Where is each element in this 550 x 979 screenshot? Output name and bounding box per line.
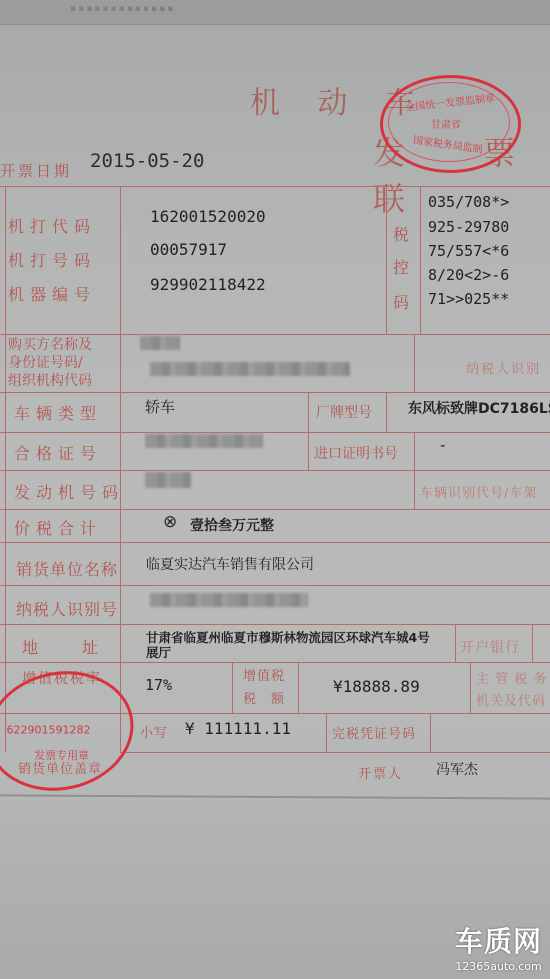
machine-code-label: 机打代码 xyxy=(8,214,96,237)
buyer-label-line-3: 组织机构代码 xyxy=(8,370,92,390)
engine-label: 发动机号码 xyxy=(14,480,124,503)
authority-label-2: 机关及代码 xyxy=(476,690,546,709)
tax-rate: 17% xyxy=(145,676,172,694)
seller-taxpayer-id-redacted xyxy=(150,593,308,607)
authority-label-1: 主 管 税 务 xyxy=(476,668,547,687)
machine-serial: 929902118422 xyxy=(150,275,266,294)
vehicle-type: 轿车 xyxy=(145,396,175,417)
previous-page-strip: ▪▪▪▪▪▪▪▪▪▪▪▪▪ xyxy=(0,0,550,25)
stamp-text: 甘肃省 xyxy=(431,116,461,131)
seller-address-line-1: 甘肃省临夏州临夏市穆斯林物流园区环球汽车城4号 xyxy=(146,628,430,646)
tax-control-label-2: 控 xyxy=(393,255,409,278)
vehicle-type-label: 车辆类型 xyxy=(14,401,102,424)
amount-small-label: 小写 xyxy=(140,722,168,741)
tax-control-line-5: 71>>025** xyxy=(428,290,509,308)
certificate-label: 合格证号 xyxy=(14,441,102,464)
tax-control-line-2: 925-29780 xyxy=(428,218,509,236)
stamp-text: 发票专用章 xyxy=(34,747,89,763)
bank-label: 开户银行 xyxy=(460,637,520,657)
certificate-redacted xyxy=(145,434,263,448)
seller-address-line-2: 展厅 xyxy=(146,643,171,661)
tax-amount-label-1: 增值税 xyxy=(243,665,285,684)
tax-control-label-1: 税 xyxy=(393,222,409,245)
vin-label: 车辆识别代号/车架 xyxy=(420,482,537,501)
brand-model-label: 厂牌型号 xyxy=(316,402,372,422)
tax-amount: ¥18888.89 xyxy=(333,677,420,696)
total-amount: ¥ 111111.11 xyxy=(185,719,291,738)
supervision-stamp: 全国统一发票监制章 甘肃省 国家税务局监制 xyxy=(380,75,521,173)
seller-name-label: 销货单位名称 xyxy=(16,557,118,580)
machine-number-label: 机打号码 xyxy=(8,248,96,271)
tax-control-line-3: 75/557<*6 xyxy=(428,242,509,260)
machine-number: 00057917 xyxy=(150,240,227,259)
stamp-number: 622901591282 xyxy=(7,723,91,736)
import-cert-label: 进口证明书号 xyxy=(314,443,398,463)
issue-date: 2015-05-20 xyxy=(90,150,204,172)
seller-taxpayer-id-label: 纳税人识别号 xyxy=(16,597,118,620)
issuer-name: 冯军杰 xyxy=(436,759,478,779)
buyer-taxpayer-id-label: 纳税人识别 xyxy=(466,358,541,377)
buyer-id-redacted xyxy=(150,362,350,376)
machine-serial-label: 机器编号 xyxy=(8,282,96,305)
seller-name: 临夏实达汽车销售有限公司 xyxy=(146,554,314,574)
machine-code: 162001520020 xyxy=(150,207,266,226)
address-label: 地 址 xyxy=(22,635,102,658)
tax-amount-label-2: 税 额 xyxy=(243,688,285,707)
buyer-name-redacted xyxy=(140,336,180,350)
buyer-label-line-2: 身份证号码/ xyxy=(8,352,83,372)
buyer-label-line-1: 购买方名称及 xyxy=(8,334,92,354)
watermark-url: 12365auto.com xyxy=(455,960,542,973)
total-label: 价税合计 xyxy=(14,516,102,539)
watermark: 车质网 12365auto.com xyxy=(455,920,542,973)
circled-x-icon: ⊗ xyxy=(163,512,177,532)
watermark-logo: 车质网 xyxy=(455,920,542,960)
tax-control-label-3: 码 xyxy=(393,290,409,313)
brand-model: 东风标致牌DC7186LS xyxy=(408,398,550,418)
tax-paid-cert-label: 完税凭证号码 xyxy=(332,723,416,742)
import-cert: - xyxy=(440,436,445,454)
issue-date-label: 开票日期 xyxy=(0,160,72,181)
tax-control-line-1: 035/708*> xyxy=(428,193,509,211)
tax-control-line-4: 8/20<2>-6 xyxy=(428,266,509,284)
engine-redacted xyxy=(145,472,191,488)
issuer-label: 开票人 xyxy=(358,763,403,782)
total-amount-words: 壹拾叁万元整 xyxy=(190,515,274,535)
